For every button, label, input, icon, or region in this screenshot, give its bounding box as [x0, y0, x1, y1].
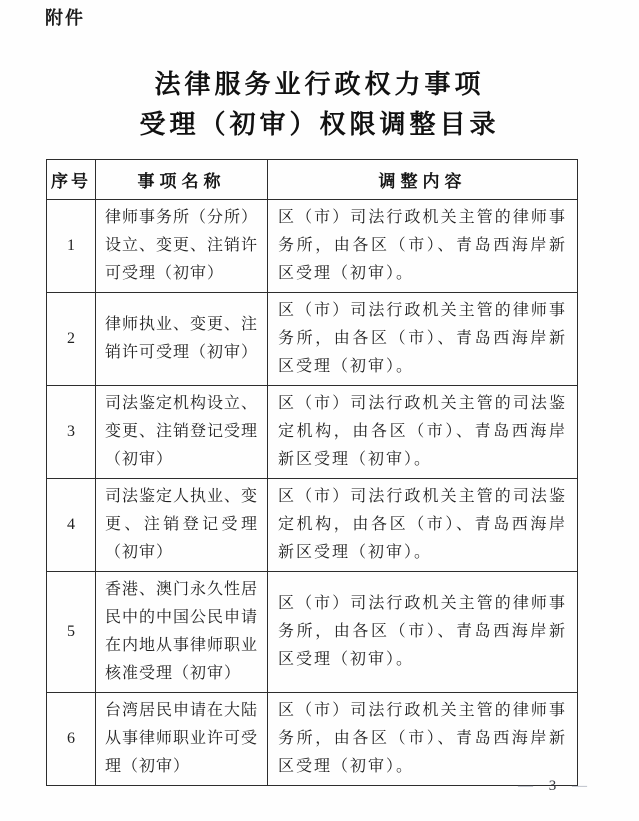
column-header-no: 序号	[47, 160, 96, 200]
page-number-dash-left: —	[518, 778, 533, 794]
document-title-line2: 受理（初审）权限调整目录	[0, 110, 639, 140]
row-number-cell: 5	[47, 572, 96, 693]
table-row: 5 香港、澳门永久性居民中的中国公民申请在内地从事律师职业核准受理（初审） 区（…	[47, 572, 578, 693]
adjust-content-cell: 区（市）司法行政机关主管的律师事务所，由各区（市）、青岛西海岸新区受理（初审）。	[268, 572, 578, 693]
adjust-content-cell: 区（市）司法行政机关主管的司法鉴定机构，由各区（市）、青岛西海岸新区受理（初审）…	[268, 386, 578, 479]
adjust-content-cell: 区（市）司法行政机关主管的司法鉴定机构，由各区（市）、青岛西海岸新区受理（初审）…	[268, 479, 578, 572]
adjustment-table: 序号 事项名称 调整内容 1 律师事务所（分所）设立、变更、注销许可受理（初审）…	[46, 159, 578, 786]
table-row: 1 律师事务所（分所）设立、变更、注销许可受理（初审） 区（市）司法行政机关主管…	[47, 200, 578, 293]
page-number: — 3 —	[518, 776, 587, 796]
attachment-label: 附件	[45, 4, 85, 30]
item-name-cell: 台湾居民申请在大陆从事律师职业许可受理（初审）	[96, 693, 268, 786]
document-title-line1: 法律服务业行政权力事项	[0, 70, 639, 100]
adjust-content-cell: 区（市）司法行政机关主管的律师事务所，由各区（市）、青岛西海岸新区受理（初审）。	[268, 693, 578, 786]
table-header-row: 序号 事项名称 调整内容	[47, 160, 578, 200]
page-number-dash-right: —	[572, 778, 587, 794]
item-name-cell: 香港、澳门永久性居民中的中国公民申请在内地从事律师职业核准受理（初审）	[96, 572, 268, 693]
item-name-cell: 司法鉴定人执业、变更、注销登记受理（初审）	[96, 479, 268, 572]
page-number-value: 3	[549, 778, 557, 794]
row-number-cell: 2	[47, 293, 96, 386]
row-number-cell: 6	[47, 693, 96, 786]
item-name-cell: 律师事务所（分所）设立、变更、注销许可受理（初审）	[96, 200, 268, 293]
column-header-item-name: 事项名称	[96, 160, 268, 200]
table-row: 2 律师执业、变更、注销许可受理（初审） 区（市）司法行政机关主管的律师事务所，…	[47, 293, 578, 386]
item-name-cell: 律师执业、变更、注销许可受理（初审）	[96, 293, 268, 386]
adjust-content-cell: 区（市）司法行政机关主管的律师事务所，由各区（市）、青岛西海岸新区受理（初审）。	[268, 200, 578, 293]
table-row: 3 司法鉴定机构设立、变更、注销登记受理（初审） 区（市）司法行政机关主管的司法…	[47, 386, 578, 479]
table-row: 6 台湾居民申请在大陆从事律师职业许可受理（初审） 区（市）司法行政机关主管的律…	[47, 693, 578, 786]
row-number-cell: 3	[47, 386, 96, 479]
row-number-cell: 1	[47, 200, 96, 293]
item-name-cell: 司法鉴定机构设立、变更、注销登记受理（初审）	[96, 386, 268, 479]
column-header-adjust-content: 调整内容	[268, 160, 578, 200]
adjust-content-cell: 区（市）司法行政机关主管的律师事务所，由各区（市）、青岛西海岸新区受理（初审）。	[268, 293, 578, 386]
table-body: 1 律师事务所（分所）设立、变更、注销许可受理（初审） 区（市）司法行政机关主管…	[47, 200, 578, 786]
table-row: 4 司法鉴定人执业、变更、注销登记受理（初审） 区（市）司法行政机关主管的司法鉴…	[47, 479, 578, 572]
row-number-cell: 4	[47, 479, 96, 572]
document-page: 附件 法律服务业行政权力事项 受理（初审）权限调整目录 序号 事项名称 调整内容…	[0, 0, 639, 821]
